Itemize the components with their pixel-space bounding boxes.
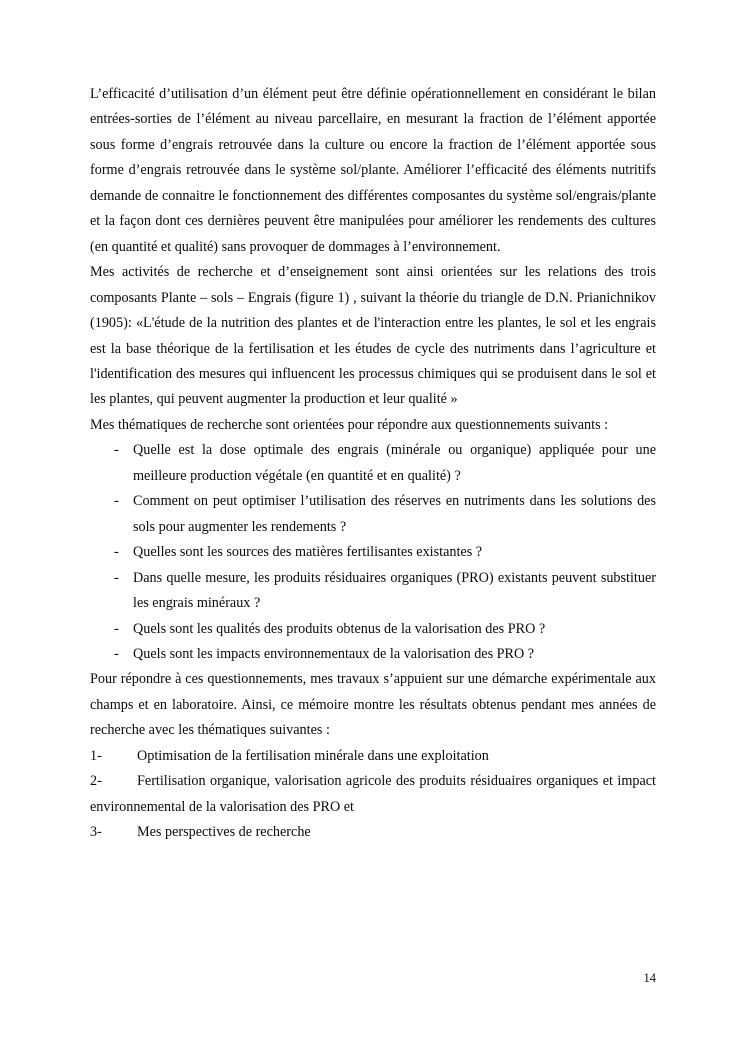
- bullet-dash: -: [114, 489, 119, 514]
- list-item-text: Quelles sont les sources des matières fe…: [133, 544, 482, 560]
- list-item: - Quels sont les qualités des produits o…: [90, 617, 656, 642]
- list-item: - Quelles sont les sources des matières …: [90, 540, 656, 565]
- document-body: L’efficacité d’utilisation d’un élément …: [90, 82, 656, 846]
- bullet-dash: -: [114, 642, 119, 667]
- paragraph-research-themes-intro: Mes thématiques de recherche sont orient…: [90, 413, 656, 438]
- bullet-dash: -: [114, 438, 119, 463]
- numbered-item-text: Optimisation de la fertilisation minéral…: [137, 748, 489, 764]
- numbered-item-text: Mes perspectives de recherche: [137, 824, 311, 840]
- numbered-item-number: 2-: [90, 769, 137, 794]
- list-item: - Quels sont les impacts environnementau…: [90, 642, 656, 667]
- list-item-text: Quels sont les impacts environnementaux …: [133, 646, 534, 662]
- numbered-item-text: Fertilisation organique, valorisation ag…: [90, 773, 656, 814]
- bullet-dash: -: [114, 617, 119, 642]
- document-page: L’efficacité d’utilisation d’un élément …: [0, 0, 745, 1053]
- numbered-item: 3-Mes perspectives de recherche: [90, 820, 656, 845]
- numbered-item: 2-Fertilisation organique, valorisation …: [90, 769, 656, 820]
- list-item: - Dans quelle mesure, les produits résid…: [90, 566, 656, 617]
- list-item-text: Quels sont les qualités des produits obt…: [133, 621, 545, 637]
- page-number: 14: [644, 970, 657, 986]
- bullet-dash: -: [114, 566, 119, 591]
- numbered-item-number: 1-: [90, 744, 137, 769]
- list-item: - Quelle est la dose optimale des engrai…: [90, 438, 656, 489]
- bullet-dash: -: [114, 540, 119, 565]
- paragraph-research-activities: Mes activités de recherche et d’enseigne…: [90, 260, 656, 413]
- numbered-item: 1-Optimisation de la fertilisation minér…: [90, 744, 656, 769]
- paragraph-methodology: Pour répondre à ces questionnements, mes…: [90, 667, 656, 743]
- numbered-item-number: 3-: [90, 820, 137, 845]
- list-item-text: Dans quelle mesure, les produits résidua…: [133, 570, 656, 611]
- list-item-text: Comment on peut optimiser l’utilisation …: [133, 493, 656, 534]
- paragraph-efficiency-definition: L’efficacité d’utilisation d’un élément …: [90, 82, 656, 260]
- list-item: - Comment on peut optimiser l’utilisatio…: [90, 489, 656, 540]
- list-item-text: Quelle est la dose optimale des engrais …: [133, 442, 656, 483]
